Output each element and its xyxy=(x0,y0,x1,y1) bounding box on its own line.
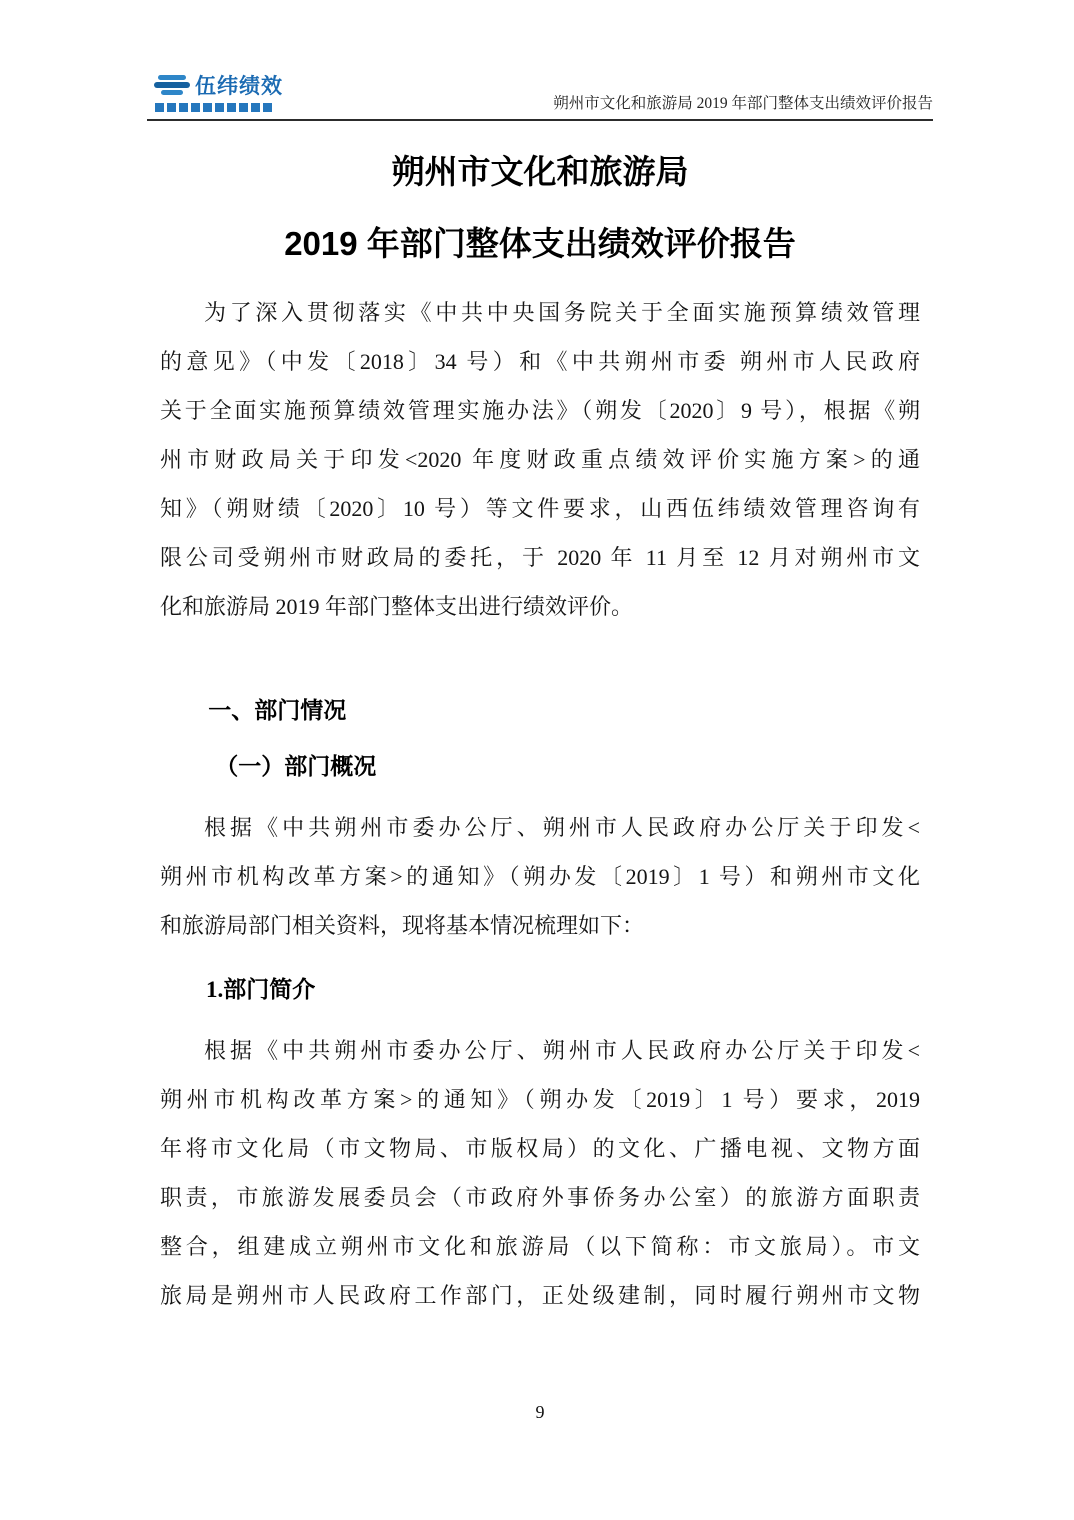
text-line: 朔州市机构改革方案>的通知》（朔办发〔2019〕1 号）和朔州市文化 xyxy=(160,852,920,901)
logo-square xyxy=(263,103,272,112)
logo-squares-row xyxy=(155,103,293,112)
subsubsection-heading: 1.部门简介 xyxy=(160,970,920,1010)
logo-square xyxy=(191,103,200,112)
report-page: 伍纬绩效 朔州市文化和旅游局 2019 年部门整体支出绩效评价报告 朔州市文化和… xyxy=(0,0,1074,1520)
company-logo: 伍纬绩效 xyxy=(153,70,293,112)
logo-square xyxy=(203,103,212,112)
text-line: 朔州市机构改革方案>的通知》（朔办发〔2019〕1 号）要求，2019 xyxy=(160,1075,920,1124)
text-line: 为了深入贯彻落实《中共中央国务院关于全面实施预算绩效管理 xyxy=(160,288,920,337)
text-line: 知》（朔财绩〔2020〕10 号）等文件要求，山西伍纬绩效管理咨询有 xyxy=(160,484,920,533)
page-number: 9 xyxy=(536,1402,545,1422)
text-line: 整合，组建成立朔州市文化和旅游局（以下简称：市文旅局）。市文 xyxy=(160,1222,920,1271)
logo-square xyxy=(215,103,224,112)
logo-lockup: 伍纬绩效 xyxy=(153,70,293,100)
text-line: 年将市文化局（市文物局、市版权局）的文化、广播电视、文物方面 xyxy=(160,1124,920,1173)
text-line: 州市财政局关于印发<2020 年度财政重点绩效评价实施方案>的通 xyxy=(160,435,920,484)
document-title-line2: 2019 年部门整体支出绩效评价报告 xyxy=(160,220,920,268)
logo-square xyxy=(179,103,188,112)
text-line: 根据《中共朔州市委办公厅、朔州市人民政府办公厅关于印发< xyxy=(160,803,920,852)
header-divider xyxy=(147,119,933,121)
text-line: 和旅游局部门相关资料，现将基本情况梳理如下： xyxy=(160,901,920,950)
logo-square xyxy=(155,103,164,112)
subsection-heading: （一）部门概况 xyxy=(160,747,920,787)
text-line: 化和旅游局 2019 年部门整体支出进行绩效评价。 xyxy=(160,582,920,631)
document-title-line1: 朔州市文化和旅游局 xyxy=(160,148,920,196)
logo-square xyxy=(227,103,236,112)
body-paragraph: 根据《中共朔州市委办公厅、朔州市人民政府办公厅关于印发<朔州市机构改革方案>的通… xyxy=(160,1026,920,1320)
page-header: 伍纬绩效 朔州市文化和旅游局 2019 年部门整体支出绩效评价报告 xyxy=(147,68,933,118)
document-body: 为了深入贯彻落实《中共中央国务院关于全面实施预算绩效管理的意见》（中发〔2018… xyxy=(160,288,920,1320)
logo-globe-stripes-icon xyxy=(153,75,191,95)
text-line: 限公司受朔州市财政局的委托，于 2020 年 11 月至 12 月对朔州市文 xyxy=(160,533,920,582)
logo-square xyxy=(239,103,248,112)
logo-text: 伍纬绩效 xyxy=(195,70,283,100)
section-heading: 一、部门情况 xyxy=(160,690,920,730)
logo-square xyxy=(251,103,260,112)
logo-square xyxy=(167,103,176,112)
text-line: 关于全面实施预算绩效管理实施办法》（朔发〔2020〕9 号），根据《朔 xyxy=(160,386,920,435)
running-header-title: 朔州市文化和旅游局 2019 年部门整体支出绩效评价报告 xyxy=(553,91,933,113)
text-line: 职责，市旅游发展委员会（市政府外事侨务办公室）的旅游方面职责 xyxy=(160,1173,920,1222)
body-paragraph: 为了深入贯彻落实《中共中央国务院关于全面实施预算绩效管理的意见》（中发〔2018… xyxy=(160,288,920,631)
text-line: 根据《中共朔州市委办公厅、朔州市人民政府办公厅关于印发< xyxy=(160,1026,920,1075)
body-paragraph: 根据《中共朔州市委办公厅、朔州市人民政府办公厅关于印发<朔州市机构改革方案>的通… xyxy=(160,803,920,950)
text-line: 的意见》（中发〔2018〕34 号）和《中共朔州市委 朔州市人民政府 xyxy=(160,337,920,386)
text-line: 旅局是朔州市人民政府工作部门，正处级建制，同时履行朔州市文物 xyxy=(160,1271,920,1320)
page-footer: 9 xyxy=(160,1398,920,1426)
